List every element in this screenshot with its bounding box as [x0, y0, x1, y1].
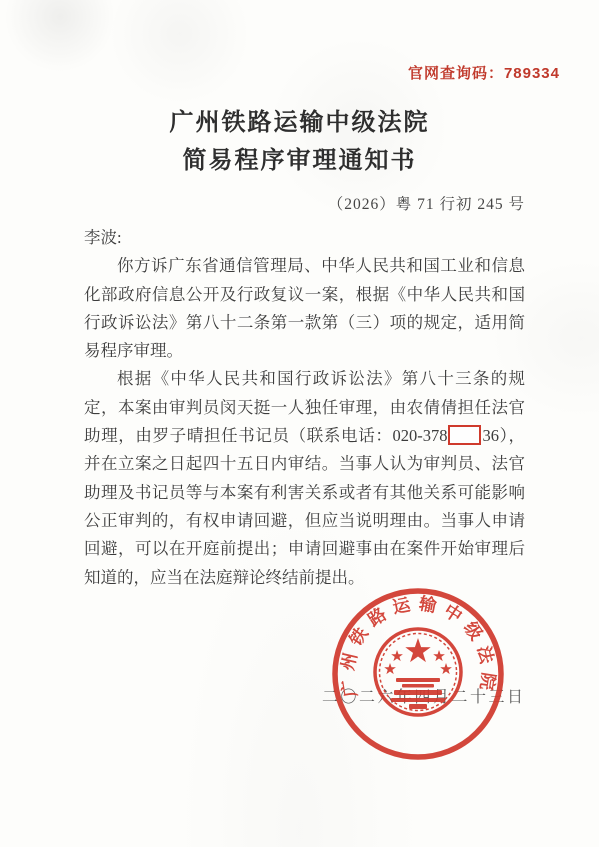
addressee-name: 李波: [84, 224, 525, 252]
official-court-seal: 广州铁路运输中级法院 [330, 586, 506, 762]
scanned-court-notice-page: 官网查询码：789334 广州铁路运输中级法院 简易程序审理通知书 （2026）… [0, 0, 599, 847]
notice-type-title-line: 简易程序审理通知书 [0, 142, 599, 180]
court-name-title-line: 广州铁路运输中级法院 [0, 104, 599, 142]
paragraph-text-after-redaction: 36），并在立案之日起四十五日内审结。当事人认为审判员、法官助理及书记员等与本案… [84, 426, 525, 586]
court-seal-graphic: 广州铁路运输中级法院 [330, 586, 506, 762]
emblem-gate-base [391, 698, 445, 702]
emblem-small-star-4 [440, 663, 452, 674]
emblem-gear [409, 704, 427, 709]
paragraph-personnel-and-recusal: 根据《中华人民共和国行政诉讼法》第八十三条的规定，本案由审判员闵天挺一人独任审理… [84, 365, 525, 591]
emblem-small-star-3 [433, 650, 445, 661]
emblem-gate-body [394, 690, 442, 695]
emblem-gate-upper [402, 684, 434, 688]
emblem-small-star-1 [391, 650, 403, 661]
official-website-query-code: 官网查询码：789334 [408, 62, 560, 83]
phone-number-redaction-box [448, 425, 481, 445]
document-title: 广州铁路运输中级法院 简易程序审理通知书 [0, 104, 599, 180]
notice-body: 李波: 你方诉广东省通信管理局、中华人民共和国工业和信息化部政府信息公开及行政复… [84, 224, 525, 592]
emblem-gate-roof [396, 678, 440, 682]
national-emblem [375, 629, 461, 715]
case-number: （2026）粤 71 行初 245 号 [328, 192, 525, 214]
emblem-small-star-2 [384, 663, 396, 674]
paragraph-case-basis: 你方诉广东省通信管理局、中华人民共和国工业和信息化部政府信息公开及行政复议一案，… [84, 252, 525, 365]
seal-outer-ring [335, 591, 501, 757]
emblem-big-star [405, 638, 430, 662]
